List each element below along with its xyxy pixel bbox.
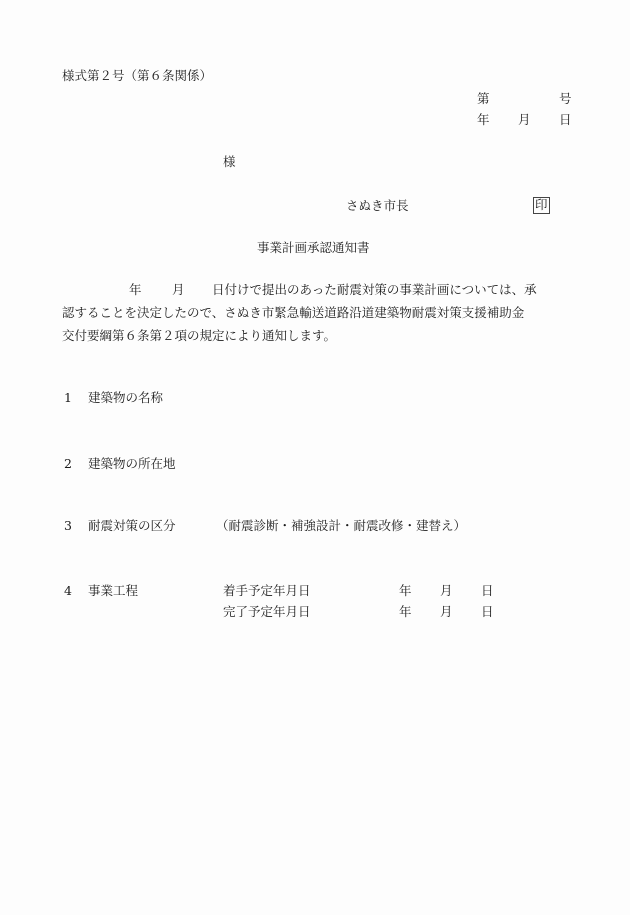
item-1-label: 建築物の名称 (88, 392, 163, 405)
schedule-start-day: 日 (481, 585, 494, 598)
form-label: 様式第２号（第６条関係） (62, 70, 212, 83)
addressee-suffix: 様 (223, 156, 236, 169)
date-year: 年 (477, 114, 490, 127)
body-line3: 交付要綱第６条第２項の規定により通知します。 (62, 330, 336, 343)
body-month: 月 (172, 284, 185, 297)
schedule-start-label: 着手予定年月日 (223, 585, 311, 598)
item-4-number: 4 (64, 585, 72, 598)
number-prefix: 第 (477, 93, 490, 106)
document-title: 事業計画承認通知書 (257, 242, 370, 255)
schedule-end-label: 完了予定年月日 (223, 606, 311, 619)
body-year: 年 (129, 284, 142, 297)
schedule-start-year: 年 (399, 585, 412, 598)
item-3-label: 耐震対策の区分 (88, 520, 176, 533)
item-2-number: 2 (64, 458, 72, 471)
item-3-number: 3 (64, 520, 72, 533)
item-2-label: 建築物の所在地 (88, 458, 176, 471)
schedule-end-day: 日 (481, 606, 494, 619)
body-line2: 認することを決定したので、さぬき市緊急輸送道路沿道建築物耐震対策支援補助金 (62, 307, 524, 320)
date-day: 日 (559, 114, 572, 127)
number-suffix: 号 (559, 93, 572, 106)
item-1-number: 1 (64, 392, 72, 405)
date-month: 月 (518, 114, 531, 127)
schedule-start-month: 月 (440, 585, 453, 598)
schedule-end-month: 月 (440, 606, 453, 619)
item-4-label: 事業工程 (88, 585, 138, 598)
seal-icon: 印 (533, 197, 550, 214)
schedule-end-year: 年 (399, 606, 412, 619)
body-line1: 日付けで提出のあった耐震対策の事業計画については、承 (212, 284, 537, 297)
seal-mark: 印 (533, 197, 550, 214)
issuer-name: さぬき市長 (346, 200, 409, 213)
item-3-detail: （耐震診断・補強設計・耐震改修・建替え） (216, 520, 466, 533)
